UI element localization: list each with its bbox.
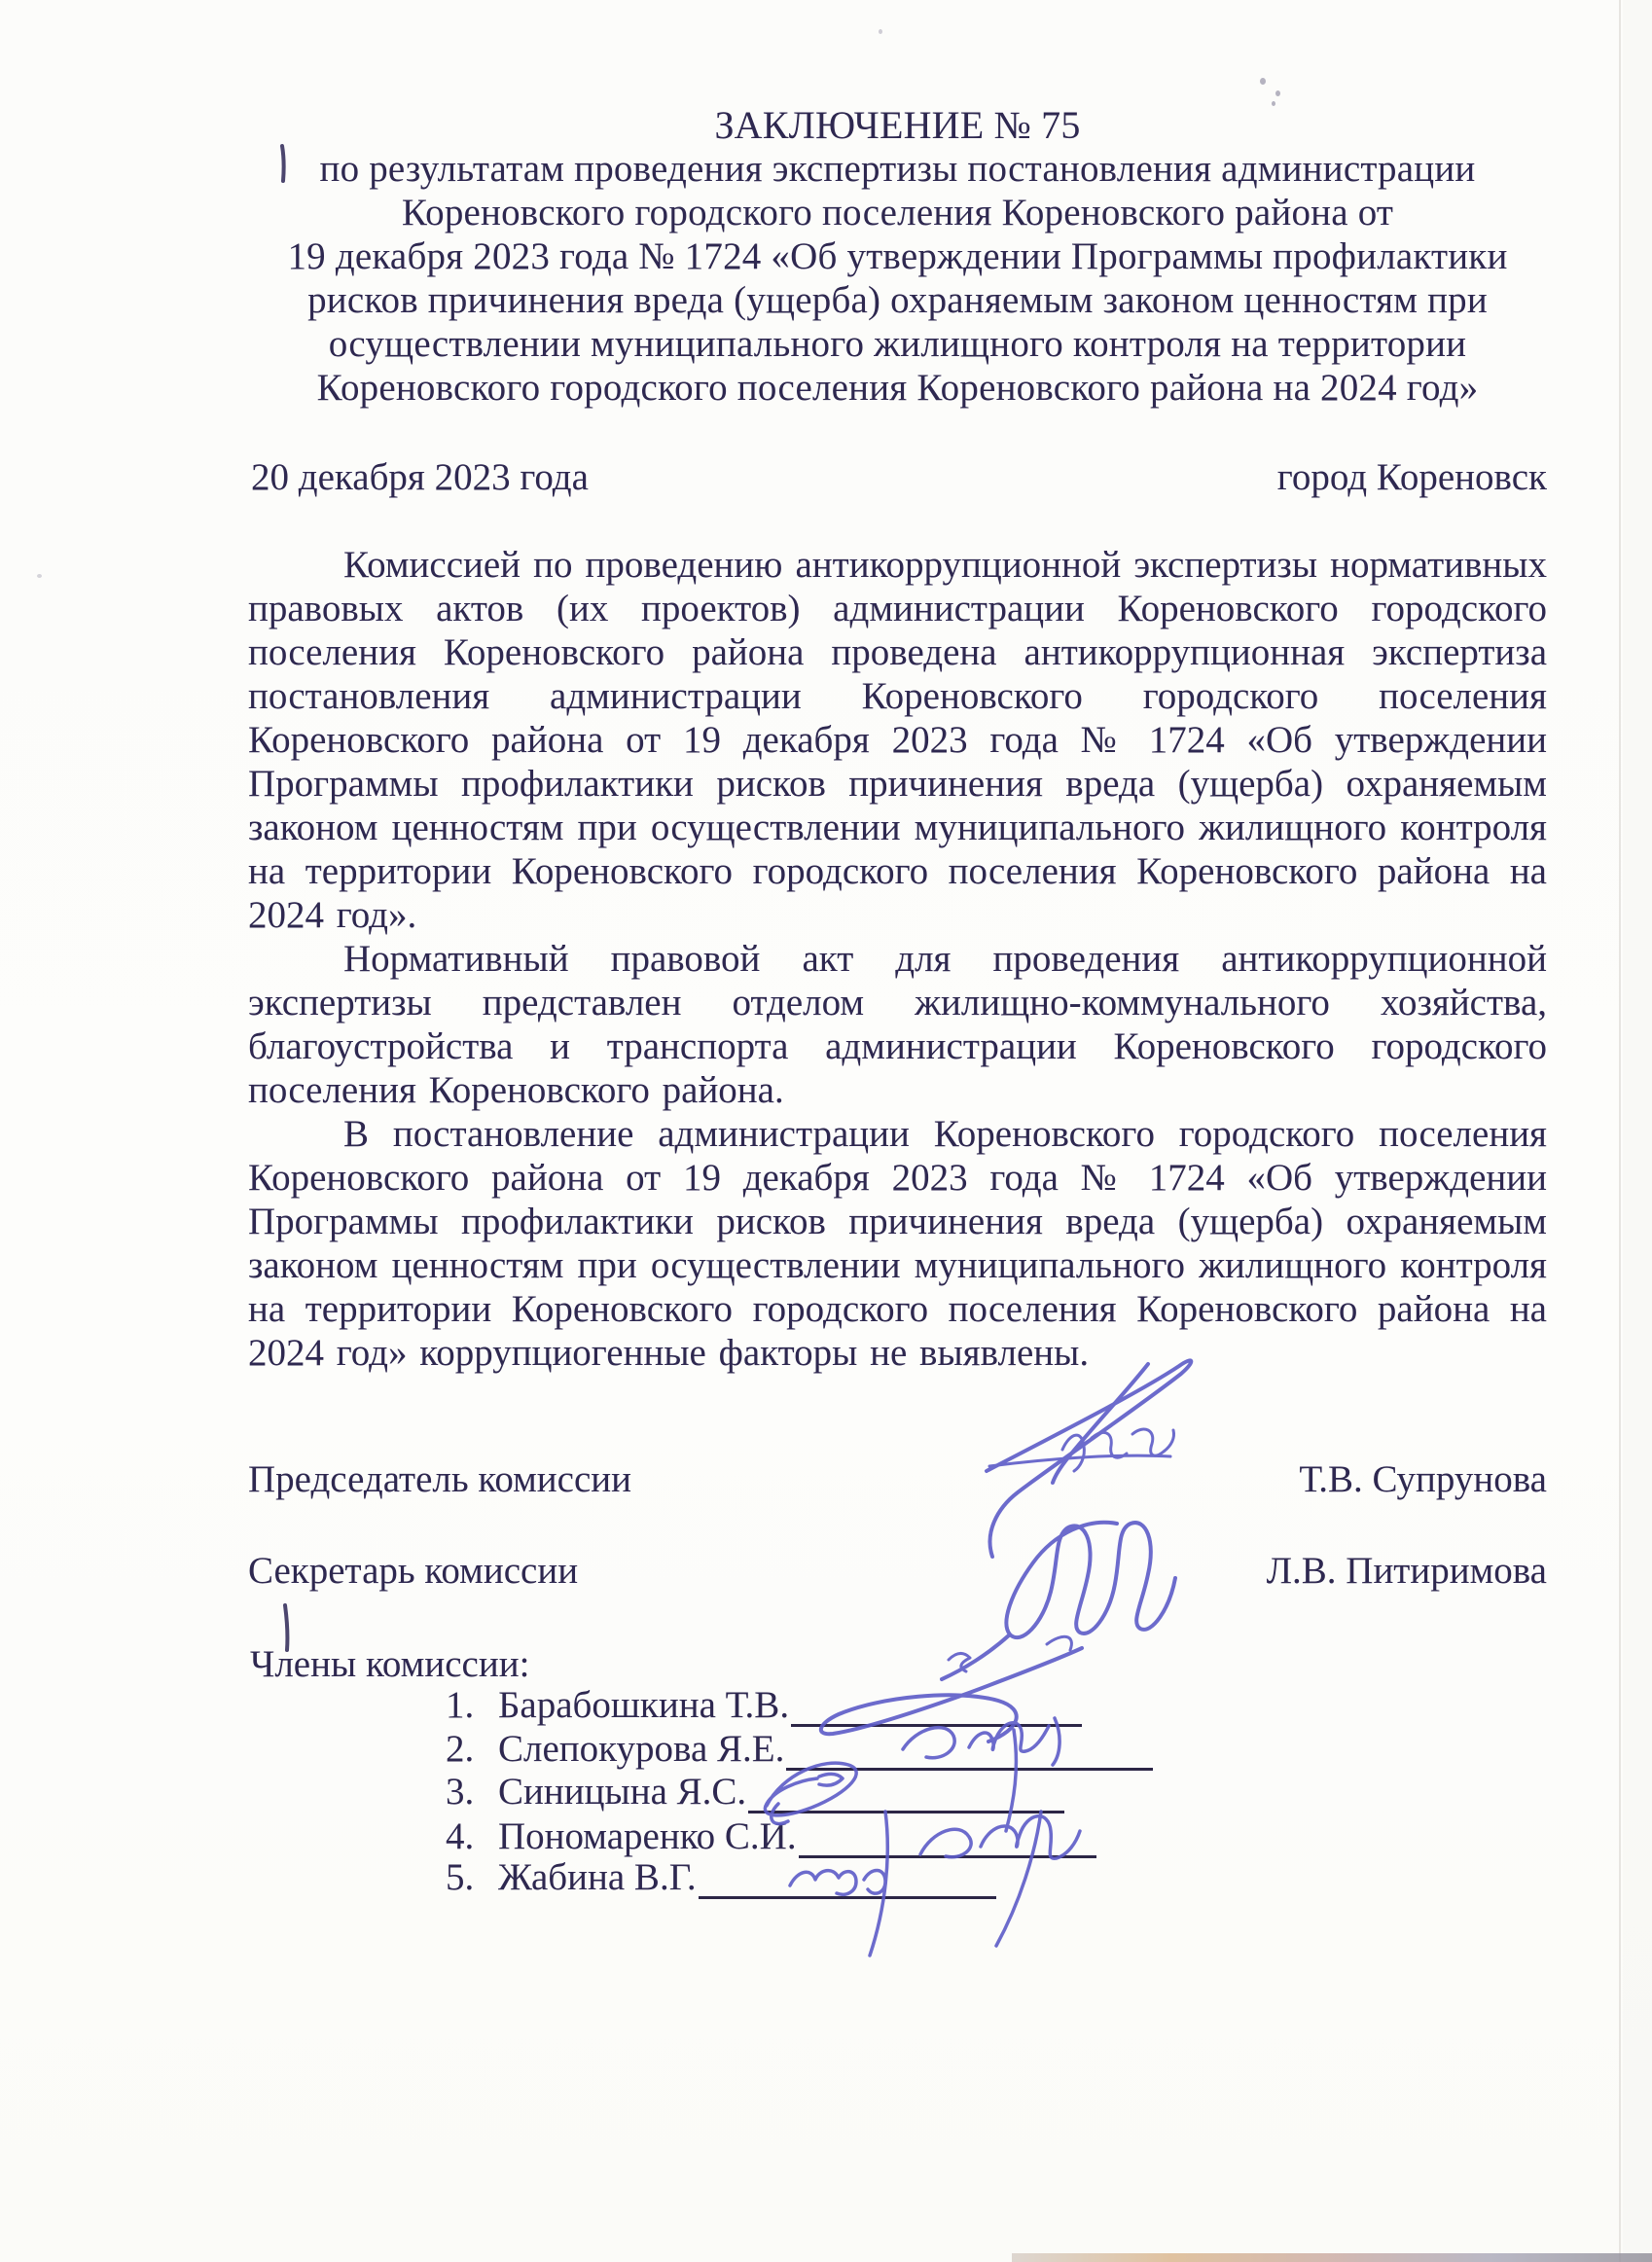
scanned-document-page: ЗАКЛЮЧЕНИЕ № 75 по результатам проведени… bbox=[0, 0, 1652, 2262]
scan-speck bbox=[879, 29, 882, 34]
scan-bottom-strip bbox=[1012, 2253, 1652, 2262]
chairman-role-label: Председатель комиссии bbox=[248, 1457, 631, 1501]
header-line: по результатам проведения экспертизы пос… bbox=[248, 147, 1547, 191]
header-line: рисков причинения вреда (ущерба) охраняе… bbox=[248, 278, 1547, 322]
member-row-2: 2.Слепокурова Я.Е. bbox=[446, 1728, 1153, 1771]
member-number: 4. bbox=[446, 1815, 498, 1858]
member-name: Пономаренко С.И. bbox=[498, 1815, 797, 1858]
scan-edge-shading bbox=[1623, 0, 1652, 2262]
header-line: Кореновского городского поселения Корено… bbox=[248, 366, 1547, 410]
signature-line bbox=[799, 1820, 1096, 1858]
header-line: 19 декабря 2023 года № 1724 «Об утвержде… bbox=[248, 234, 1547, 278]
document-header: ЗАКЛЮЧЕНИЕ № 75 по результатам проведени… bbox=[248, 103, 1547, 410]
document-title: ЗАКЛЮЧЕНИЕ № 75 bbox=[248, 103, 1547, 147]
member-number: 1. bbox=[446, 1684, 498, 1727]
member-number: 5. bbox=[446, 1856, 498, 1899]
signature-line bbox=[748, 1776, 1064, 1813]
document-body: Комиссией по проведению антикоррупционно… bbox=[248, 543, 1547, 1375]
members-label: Члены комиссии: bbox=[250, 1642, 529, 1686]
member-row-1: 1.Барабошкина Т.В. bbox=[446, 1684, 1082, 1727]
member-row-3: 3.Синицына Я.С. bbox=[446, 1771, 1064, 1813]
paragraph-3: В постановление администрации Кореновско… bbox=[248, 1112, 1547, 1375]
member-name: Барабошкина Т.В. bbox=[498, 1684, 789, 1727]
member-name: Синицына Я.С. bbox=[498, 1771, 746, 1813]
member-row-4: 4.Пономаренко С.И. bbox=[446, 1815, 1096, 1858]
member-number: 3. bbox=[446, 1771, 498, 1813]
member-number: 2. bbox=[446, 1728, 498, 1771]
secretary-role-label: Секретарь комиссии bbox=[248, 1549, 578, 1593]
chairman-row: Председатель комиссии Т.В. Супрунова bbox=[248, 1457, 1547, 1501]
signature-line bbox=[791, 1689, 1082, 1727]
signature-line bbox=[699, 1861, 996, 1899]
scan-speck bbox=[1272, 101, 1275, 106]
document-place: город Кореновск bbox=[1277, 455, 1547, 499]
paragraph-1: Комиссией по проведению антикоррупционно… bbox=[248, 543, 1547, 937]
paragraph-2: Нормативный правовой акт для проведения … bbox=[248, 937, 1547, 1112]
secretary-row: Секретарь комиссии Л.В. Питиримова bbox=[248, 1549, 1547, 1593]
secretary-name: Л.В. Питиримова bbox=[1267, 1549, 1547, 1593]
date-place-row: 20 декабря 2023 года город Кореновск bbox=[251, 455, 1547, 499]
scan-edge-line bbox=[1619, 0, 1621, 2262]
member-name: Слепокурова Я.Е. bbox=[498, 1728, 784, 1771]
scan-speck bbox=[1260, 78, 1266, 85]
signature-line bbox=[786, 1733, 1153, 1771]
scan-speck bbox=[1275, 90, 1280, 96]
header-line: Кореновского городского поселения Корено… bbox=[248, 191, 1547, 234]
scan-speck bbox=[37, 574, 42, 578]
chairman-name: Т.В. Супрунова bbox=[1299, 1457, 1547, 1501]
signature-secretary-ink bbox=[942, 1523, 1175, 1679]
header-line: осуществлении муниципального жилищного к… bbox=[248, 322, 1547, 366]
member-name: Жабина В.Г. bbox=[498, 1856, 697, 1899]
document-date: 20 декабря 2023 года bbox=[251, 455, 589, 499]
member-row-5: 5.Жабина В.Г. bbox=[446, 1856, 996, 1899]
